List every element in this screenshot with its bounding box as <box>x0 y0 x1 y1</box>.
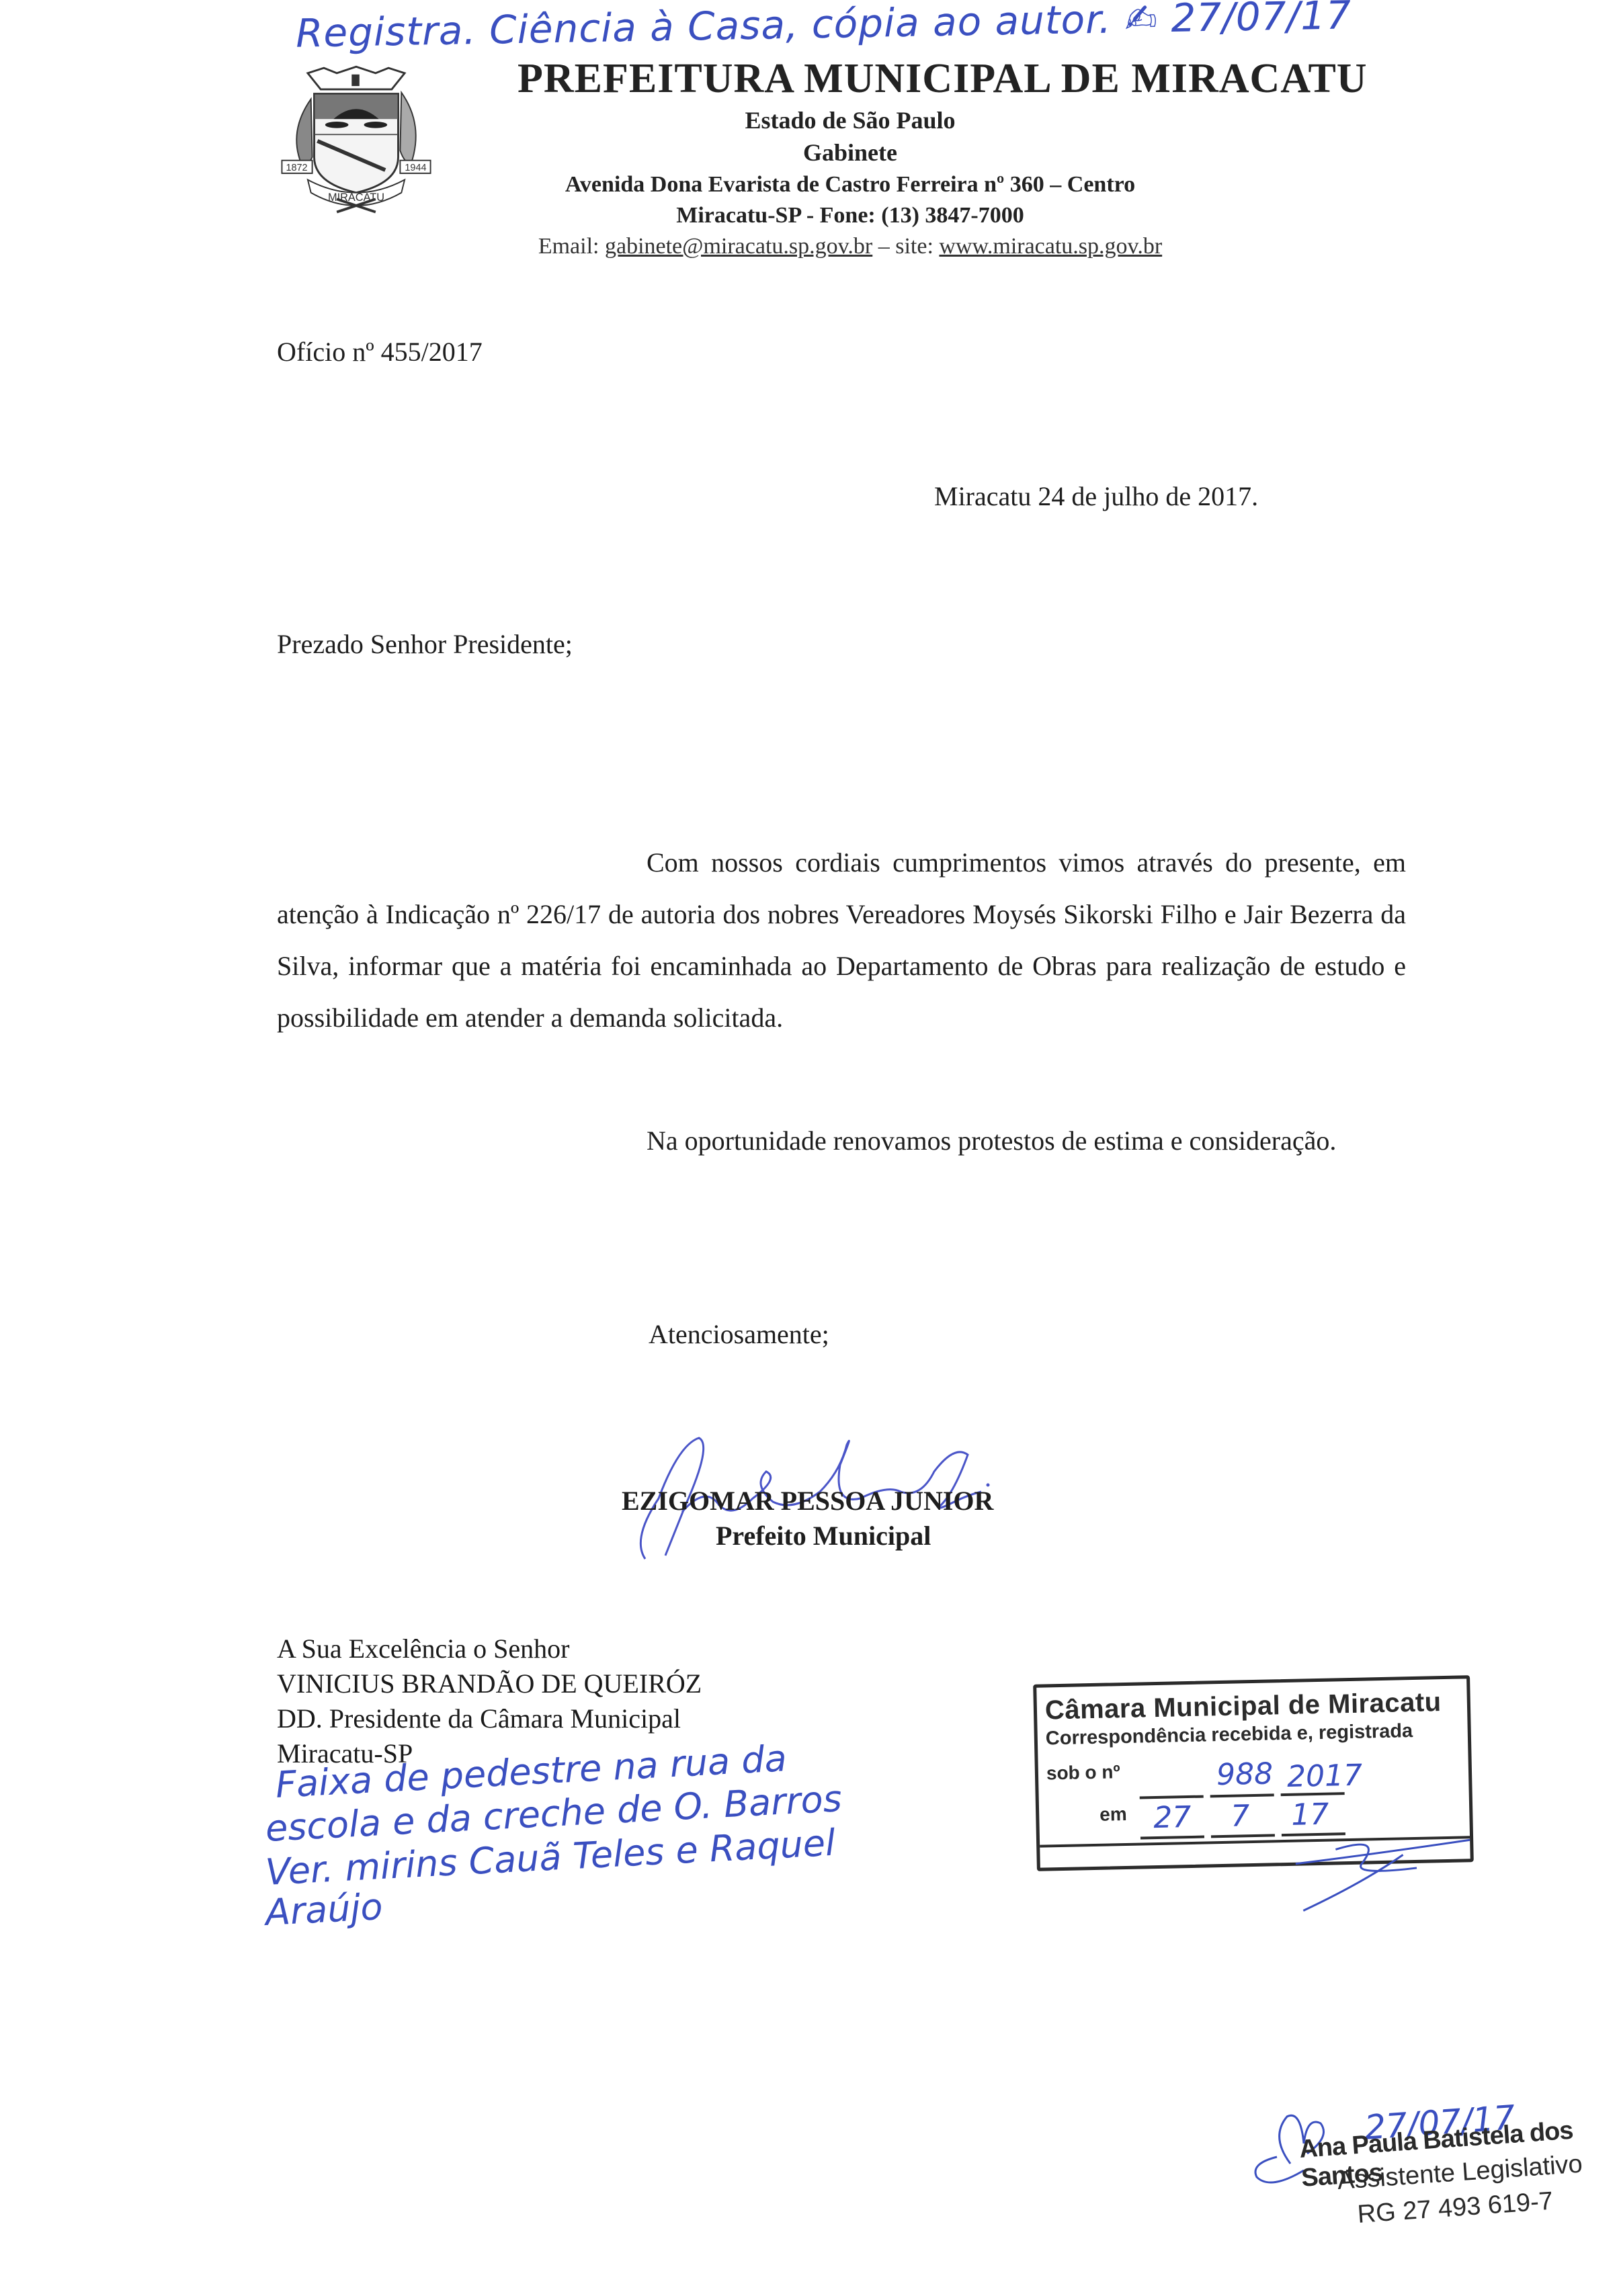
crest-year-left: 1872 <box>286 163 308 173</box>
letterhead-address: Avenida Dona Evarista de Castro Ferreira… <box>403 172 1297 198</box>
body-paragraph: Na oportunidade renovamos protestos de e… <box>277 1109 1406 1173</box>
site-label: – site: <box>872 234 939 259</box>
receipt-rg: RG 27 493 619-7 <box>1357 2187 1554 2229</box>
salutation: Prezado Senhor Presidente; <box>277 628 573 660</box>
email-label: Email: <box>538 234 605 259</box>
signer-name: EZIGOMAR PESSOA JUNIOR <box>622 1485 993 1517</box>
document-reference: Ofício nº 455/2017 <box>277 336 483 368</box>
site-link[interactable]: www.miracatu.sp.gov.br <box>939 234 1162 259</box>
letterhead-title: PREFEITURA MUNICIPAL DE MIRACATU <box>517 55 1368 103</box>
recipient-line: DD. Presidente da Câmara Municipal <box>277 1703 681 1734</box>
stamp-year: 2017 <box>1287 1758 1363 1794</box>
letterhead-phone: Miracatu-SP - Fone: (13) 3847-7000 <box>403 203 1297 228</box>
letterhead-department: Gabinete <box>403 138 1297 167</box>
stamp-date-label: em <box>1099 1803 1127 1826</box>
stamp-number-label: sob o nº <box>1046 1761 1120 1784</box>
recipient-line: A Sua Excelência o Senhor <box>277 1633 569 1664</box>
stamp-initials-icon <box>1281 1813 1485 1918</box>
body-paragraph: Com nossos cordiais cumprimentos vimos a… <box>277 837 1406 1044</box>
stamp-title: Câmara Municipal de Miracatu <box>1045 1687 1442 1726</box>
recipient-line: VINICIUS BRANDÃO DE QUEIRÓZ <box>277 1668 702 1699</box>
reception-stamp: Câmara Municipal de Miracatu Correspondê… <box>1033 1675 1474 1871</box>
handwritten-dispatch-note: Registra. Ciência à Casa, cópia ao autor… <box>296 0 1352 56</box>
handwritten-note-line: Araújo <box>264 1885 384 1934</box>
letterhead-state: Estado de São Paulo <box>403 106 1297 134</box>
stamp-number: 988 <box>1216 1756 1274 1792</box>
stamp-month: 7 <box>1231 1799 1250 1834</box>
document-date: Miracatu 24 de julho de 2017. <box>934 480 1258 512</box>
stamp-day: 27 <box>1153 1800 1192 1835</box>
signer-title: Prefeito Municipal <box>716 1520 931 1551</box>
letterhead-contact: Email: gabinete@miracatu.sp.gov.br – sit… <box>403 234 1297 259</box>
email-link[interactable]: gabinete@miracatu.sp.gov.br <box>605 234 872 259</box>
closing: Atenciosamente; <box>649 1318 829 1350</box>
crest-label: MIRACATU <box>328 192 384 204</box>
